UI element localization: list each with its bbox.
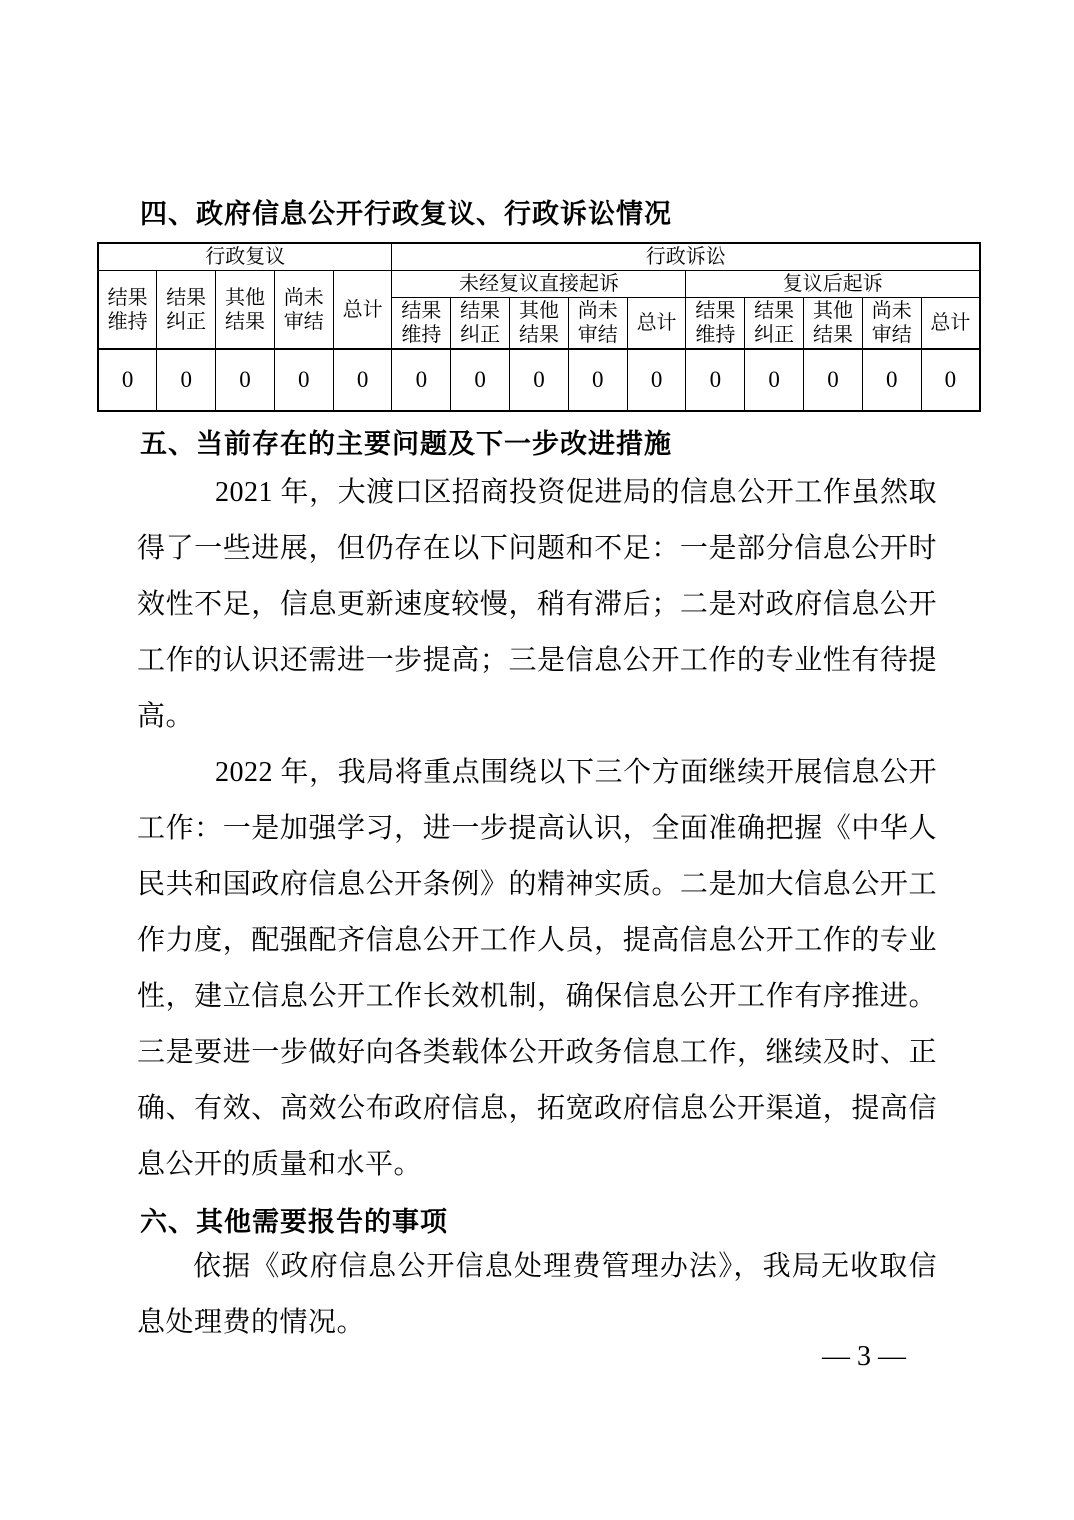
header-cell-review-result-upheld: 结果维持 (98, 271, 157, 350)
table-row-groups: 行政复议 行政诉讼 (98, 243, 980, 271)
value-cell: 0 (157, 349, 216, 411)
header-cell-direct-other-result: 其他结果 (510, 298, 569, 350)
value-cell: 0 (510, 349, 569, 411)
header-cell-direct-result-corrected: 结果纠正 (451, 298, 510, 350)
value-cell: 0 (568, 349, 627, 411)
header-cell-after-total: 总计 (921, 298, 980, 350)
value-cell: 0 (921, 349, 980, 411)
review-litigation-table: 行政复议 行政诉讼 结果维持 结果纠正 其他结果 尚未审结 总计 未经复议直接起… (97, 242, 981, 412)
group-cell-administrative-litigation: 行政诉讼 (392, 243, 980, 271)
section-4-heading: 四、政府信息公开行政复议、行政诉讼情况 (140, 197, 1074, 231)
value-cell: 0 (333, 349, 392, 411)
value-cell: 0 (804, 349, 863, 411)
value-cell: 0 (98, 349, 157, 411)
value-cell: 0 (686, 349, 745, 411)
value-cell: 0 (216, 349, 275, 411)
paragraph-improvement-plan: 2022 年，我局将重点围绕以下三个方面继续开展信息公开工作：一是加强学习，进一… (137, 745, 937, 1193)
paragraph-problems: 2021 年，大渡口区招商投资促进局的信息公开工作虽然取得了一些进展，但仍存在以… (137, 465, 937, 745)
section-6-heading: 六、其他需要报告的事项 (140, 1205, 1074, 1239)
header-cell-after-pending: 尚未审结 (862, 298, 921, 350)
value-cell: 0 (274, 349, 333, 411)
header-cell-review-other-result: 其他结果 (216, 271, 275, 350)
paragraph-other-matters: 依据《政府信息公开信息处理费管理办法》，我局无收取信息处理费的情况。 (137, 1239, 937, 1351)
section-5-heading: 五、当前存在的主要问题及下一步改进措施 (140, 427, 1074, 461)
group-cell-direct-suit: 未经复议直接起诉 (392, 271, 686, 298)
header-cell-review-result-corrected: 结果纠正 (157, 271, 216, 350)
header-cell-review-total: 总计 (333, 271, 392, 350)
value-cell: 0 (627, 349, 686, 411)
value-cell: 0 (392, 349, 451, 411)
table-row-values: 0 0 0 0 0 0 0 0 0 0 0 0 0 0 0 (98, 349, 980, 411)
group-cell-suit-after-review: 复议后起诉 (686, 271, 980, 298)
header-cell-review-pending: 尚未审结 (274, 271, 333, 350)
header-cell-after-other-result: 其他结果 (804, 298, 863, 350)
value-cell: 0 (862, 349, 921, 411)
table-row-subgroups: 结果维持 结果纠正 其他结果 尚未审结 总计 未经复议直接起诉 复议后起诉 (98, 271, 980, 298)
header-cell-direct-pending: 尚未审结 (568, 298, 627, 350)
header-cell-after-result-upheld: 结果维持 (686, 298, 745, 350)
header-cell-direct-result-upheld: 结果维持 (392, 298, 451, 350)
value-cell: 0 (451, 349, 510, 411)
header-cell-direct-total: 总计 (627, 298, 686, 350)
header-cell-after-result-corrected: 结果纠正 (745, 298, 804, 350)
group-cell-administrative-review: 行政复议 (98, 243, 392, 271)
page-number: — 3 — (822, 1340, 906, 1374)
value-cell: 0 (745, 349, 804, 411)
document-page: 四、政府信息公开行政复议、行政诉讼情况 行政复议 行政诉讼 结果维持 结果纠正 … (0, 0, 1074, 1520)
